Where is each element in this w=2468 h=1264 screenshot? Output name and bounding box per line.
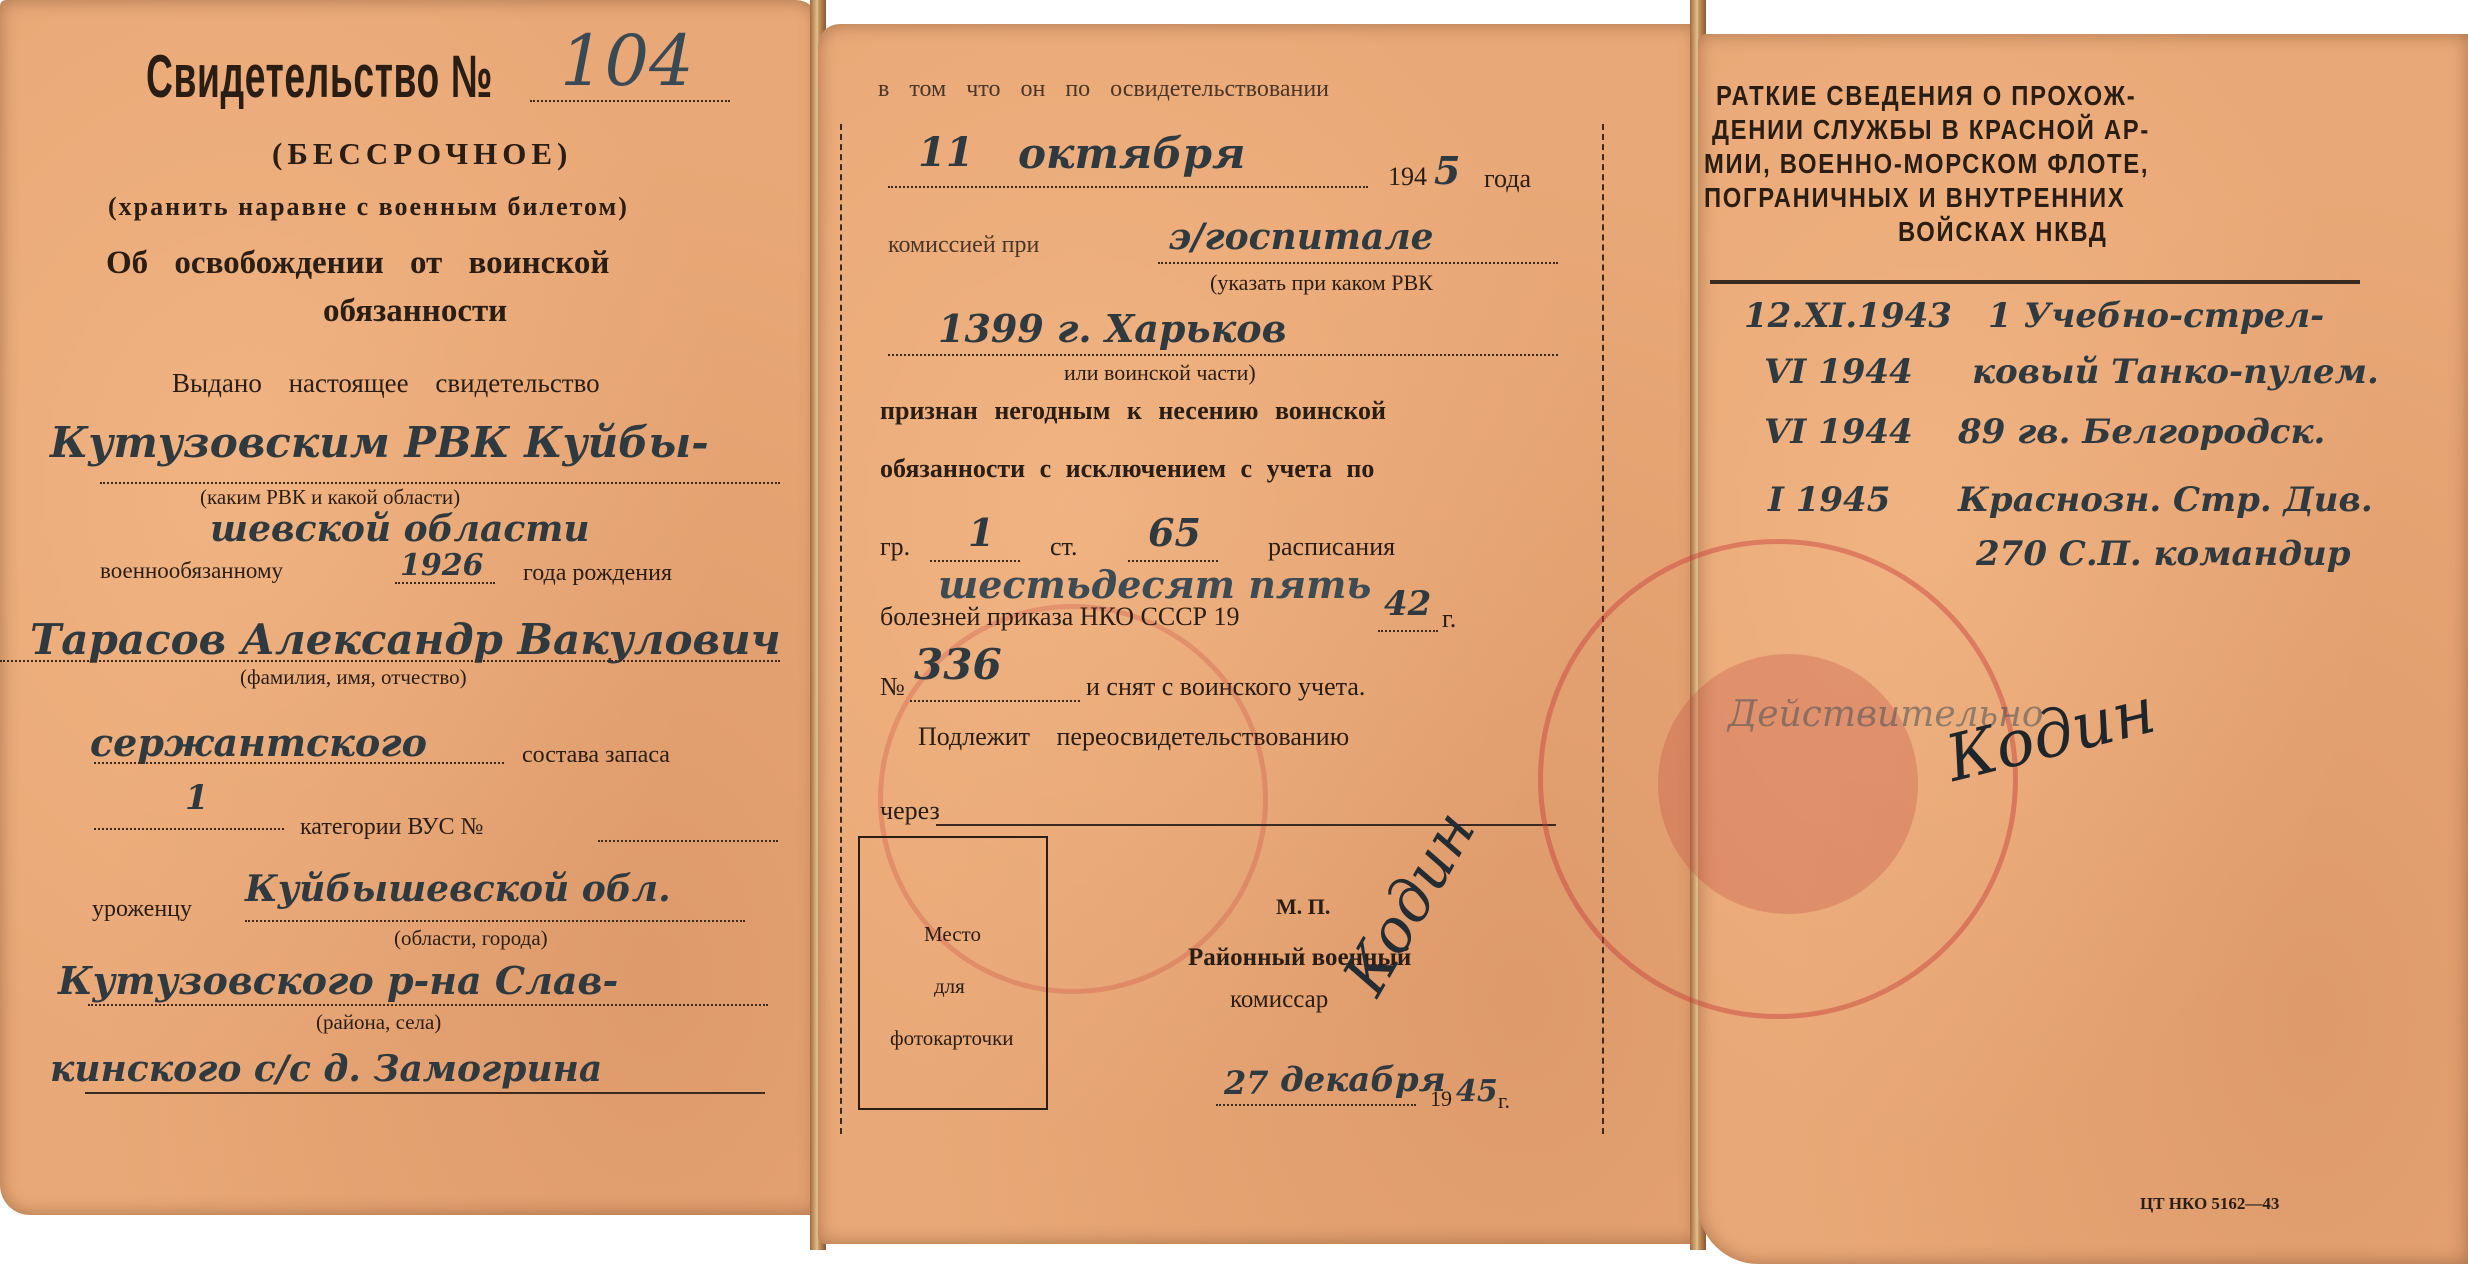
record-unit: 1 Учебно-стрел- xyxy=(1988,296,2324,336)
heading-line-5: ВОЙСКАХ НКВД xyxy=(1898,216,2108,248)
record-date: VI 1944 xyxy=(1764,352,1913,392)
record-unit: ковый Танко-пулем. xyxy=(1972,352,2379,392)
composition-value: сержантского xyxy=(90,720,427,765)
heading-line2: обязанности xyxy=(323,293,507,330)
left-border-line xyxy=(840,124,842,1134)
printer-mark: ЦТ НКО 5162—43 xyxy=(2140,1194,2279,1214)
commission-caption: (указать при каком РВК xyxy=(1210,270,1433,296)
liable-label: военнообязанному xyxy=(100,558,283,584)
order-year-line xyxy=(1378,630,1438,632)
birth-year-line xyxy=(395,582,495,584)
heading-rule xyxy=(1710,280,2360,284)
record-unit: 89 гв. Белгородск. xyxy=(1958,412,2325,452)
year-label: года xyxy=(1484,164,1531,194)
record-unit: Краснозн. Стр. Див. xyxy=(1958,480,2373,520)
st-label: ст. xyxy=(1050,532,1077,562)
name-caption: (фамилия, имя, отчество) xyxy=(240,665,467,690)
issued-text: Выдано настоящее свидетельство xyxy=(172,368,600,399)
no-label: № xyxy=(880,672,905,702)
region-caption: (области, города) xyxy=(394,926,548,951)
heading-line-3: МИИ, ВОЕННО-МОРСКОМ ФЛОТЕ, xyxy=(1704,148,2149,180)
composition-line xyxy=(94,762,504,764)
record-date: I 1945 xyxy=(1768,480,1890,520)
order-year-suffix: 42 xyxy=(1384,584,1431,624)
number-line xyxy=(530,100,730,102)
unlimited-label: (БЕССРОЧНОЕ) xyxy=(272,136,572,172)
exam-day: 11 xyxy=(918,129,974,176)
left-page: Свидетельство № 104 (БЕССРОЧНОЕ) (хранит… xyxy=(0,0,818,1215)
rvk-value-line1: Кутузовским РВК Куйбы- xyxy=(50,418,709,467)
heading-line-2: ДЕНИИ СЛУЖБЫ В КРАСНОЙ АР- xyxy=(1712,114,2150,146)
right-page: РАТКИЕ СВЕДЕНИЯ О ПРОХОЖ- ДЕНИИ СЛУЖБЫ В… xyxy=(1698,34,2468,1264)
rvk-caption: (каким РВК и какой области) xyxy=(200,485,460,510)
keep-note: (хранить наравне с военным билетом) xyxy=(108,192,629,222)
birth-year: 1926 xyxy=(400,548,484,583)
order-number-line xyxy=(910,700,1080,702)
commission-line xyxy=(1158,262,1558,264)
photo-place-line2: для xyxy=(934,974,965,999)
stamp-emblem xyxy=(1658,654,1918,914)
sign-month: декабря xyxy=(1280,1060,1446,1100)
exam-year-suffix: 5 xyxy=(1434,148,1460,193)
order-number: 336 xyxy=(914,640,1002,689)
removed-label: и снят с воинского учета. xyxy=(1086,672,1365,702)
unit-caption: или воинской части) xyxy=(1064,360,1256,386)
vus-line xyxy=(598,840,778,842)
native-label: уроженцу xyxy=(92,896,192,923)
article-words: шестьдесят пять xyxy=(938,562,1371,607)
gr-label: гр. xyxy=(880,532,910,562)
composition-label: состава запаса xyxy=(522,742,670,769)
record-date: 12.XI.1943 xyxy=(1744,296,1952,336)
photo-place-line3: фотокарточки xyxy=(890,1026,1014,1051)
village-line xyxy=(85,1092,765,1094)
reexam-label: Подлежит переосвидетельствованию xyxy=(918,722,1349,752)
commissar-signature: Кодин xyxy=(1330,799,1490,1006)
rvk-value-line2: шевской области xyxy=(210,508,590,550)
intro-text: в том что он по освидетельствовании xyxy=(878,76,1329,103)
heading-line1: Об освобождении от воинской xyxy=(106,245,609,282)
birth-label: года рождения xyxy=(523,560,672,587)
commission-value: э/госпитале xyxy=(1168,216,1434,258)
heading-line-4: ПОГРАНИЧНЫХ И ВНУТРЕННИХ xyxy=(1704,182,2125,214)
verdict-line1: признан негодным к несению воинской xyxy=(880,396,1386,426)
sign-g: г. xyxy=(1498,1088,1510,1114)
photo-placeholder: Место для фотокарточки xyxy=(858,836,1048,1110)
exam-year-prefix: 194 xyxy=(1388,162,1427,192)
certificate-title: Свидетельство № xyxy=(146,42,493,111)
category-label: категории ВУС № xyxy=(300,814,483,841)
record-date: VI 1944 xyxy=(1764,412,1913,452)
photo-place-line1: Место xyxy=(924,922,981,947)
sign-date-line xyxy=(1216,1104,1416,1106)
g-label: г. xyxy=(1442,604,1456,634)
full-name: Тарасов Александр Вакулович xyxy=(30,615,781,664)
unit-line xyxy=(888,354,1558,356)
native-village: кинского с/с д. Замогрина xyxy=(50,1048,602,1090)
region-line xyxy=(245,920,745,922)
district-caption: (района, села) xyxy=(316,1010,441,1035)
unit-value: 1399 г. Харьков xyxy=(938,306,1287,351)
name-line xyxy=(0,660,780,662)
sign-year-suffix: 45 xyxy=(1456,1074,1498,1109)
category-line xyxy=(94,828,284,830)
category-value: 1 xyxy=(185,778,209,818)
middle-page: в том что он по освидетельствовании 11 о… xyxy=(818,24,1698,1244)
schedule-label: расписания xyxy=(1268,532,1395,562)
rvk-line xyxy=(100,482,780,484)
record-unit: 270 С.П. командир xyxy=(1976,534,2350,574)
commission-label: комиссией при xyxy=(888,232,1039,259)
heading-line-1: РАТКИЕ СВЕДЕНИЯ О ПРОХОЖ- xyxy=(1716,80,2136,112)
diseases-label: болезней приказа НКО СССР 19 xyxy=(880,602,1240,632)
certificate-number: 104 xyxy=(560,20,694,102)
sign-year-prefix: 19 xyxy=(1430,1086,1452,1112)
gr-value: 1 xyxy=(968,510,994,555)
verdict-line2: обязанности с исключением с учета по xyxy=(880,454,1374,484)
native-district: Кутузовского р-на Слав- xyxy=(58,958,618,1003)
through-label: через xyxy=(880,796,940,826)
district-line xyxy=(88,1004,768,1006)
sign-day: 27 xyxy=(1224,1064,1269,1102)
exam-month: октября xyxy=(1018,129,1245,178)
st-value: 65 xyxy=(1148,510,1201,555)
seal-label: М. П. xyxy=(1276,894,1330,920)
date-line xyxy=(888,186,1368,188)
commissar-line2: комиссар xyxy=(1230,986,1328,1014)
native-region: Куйбышевской обл. xyxy=(245,868,671,910)
